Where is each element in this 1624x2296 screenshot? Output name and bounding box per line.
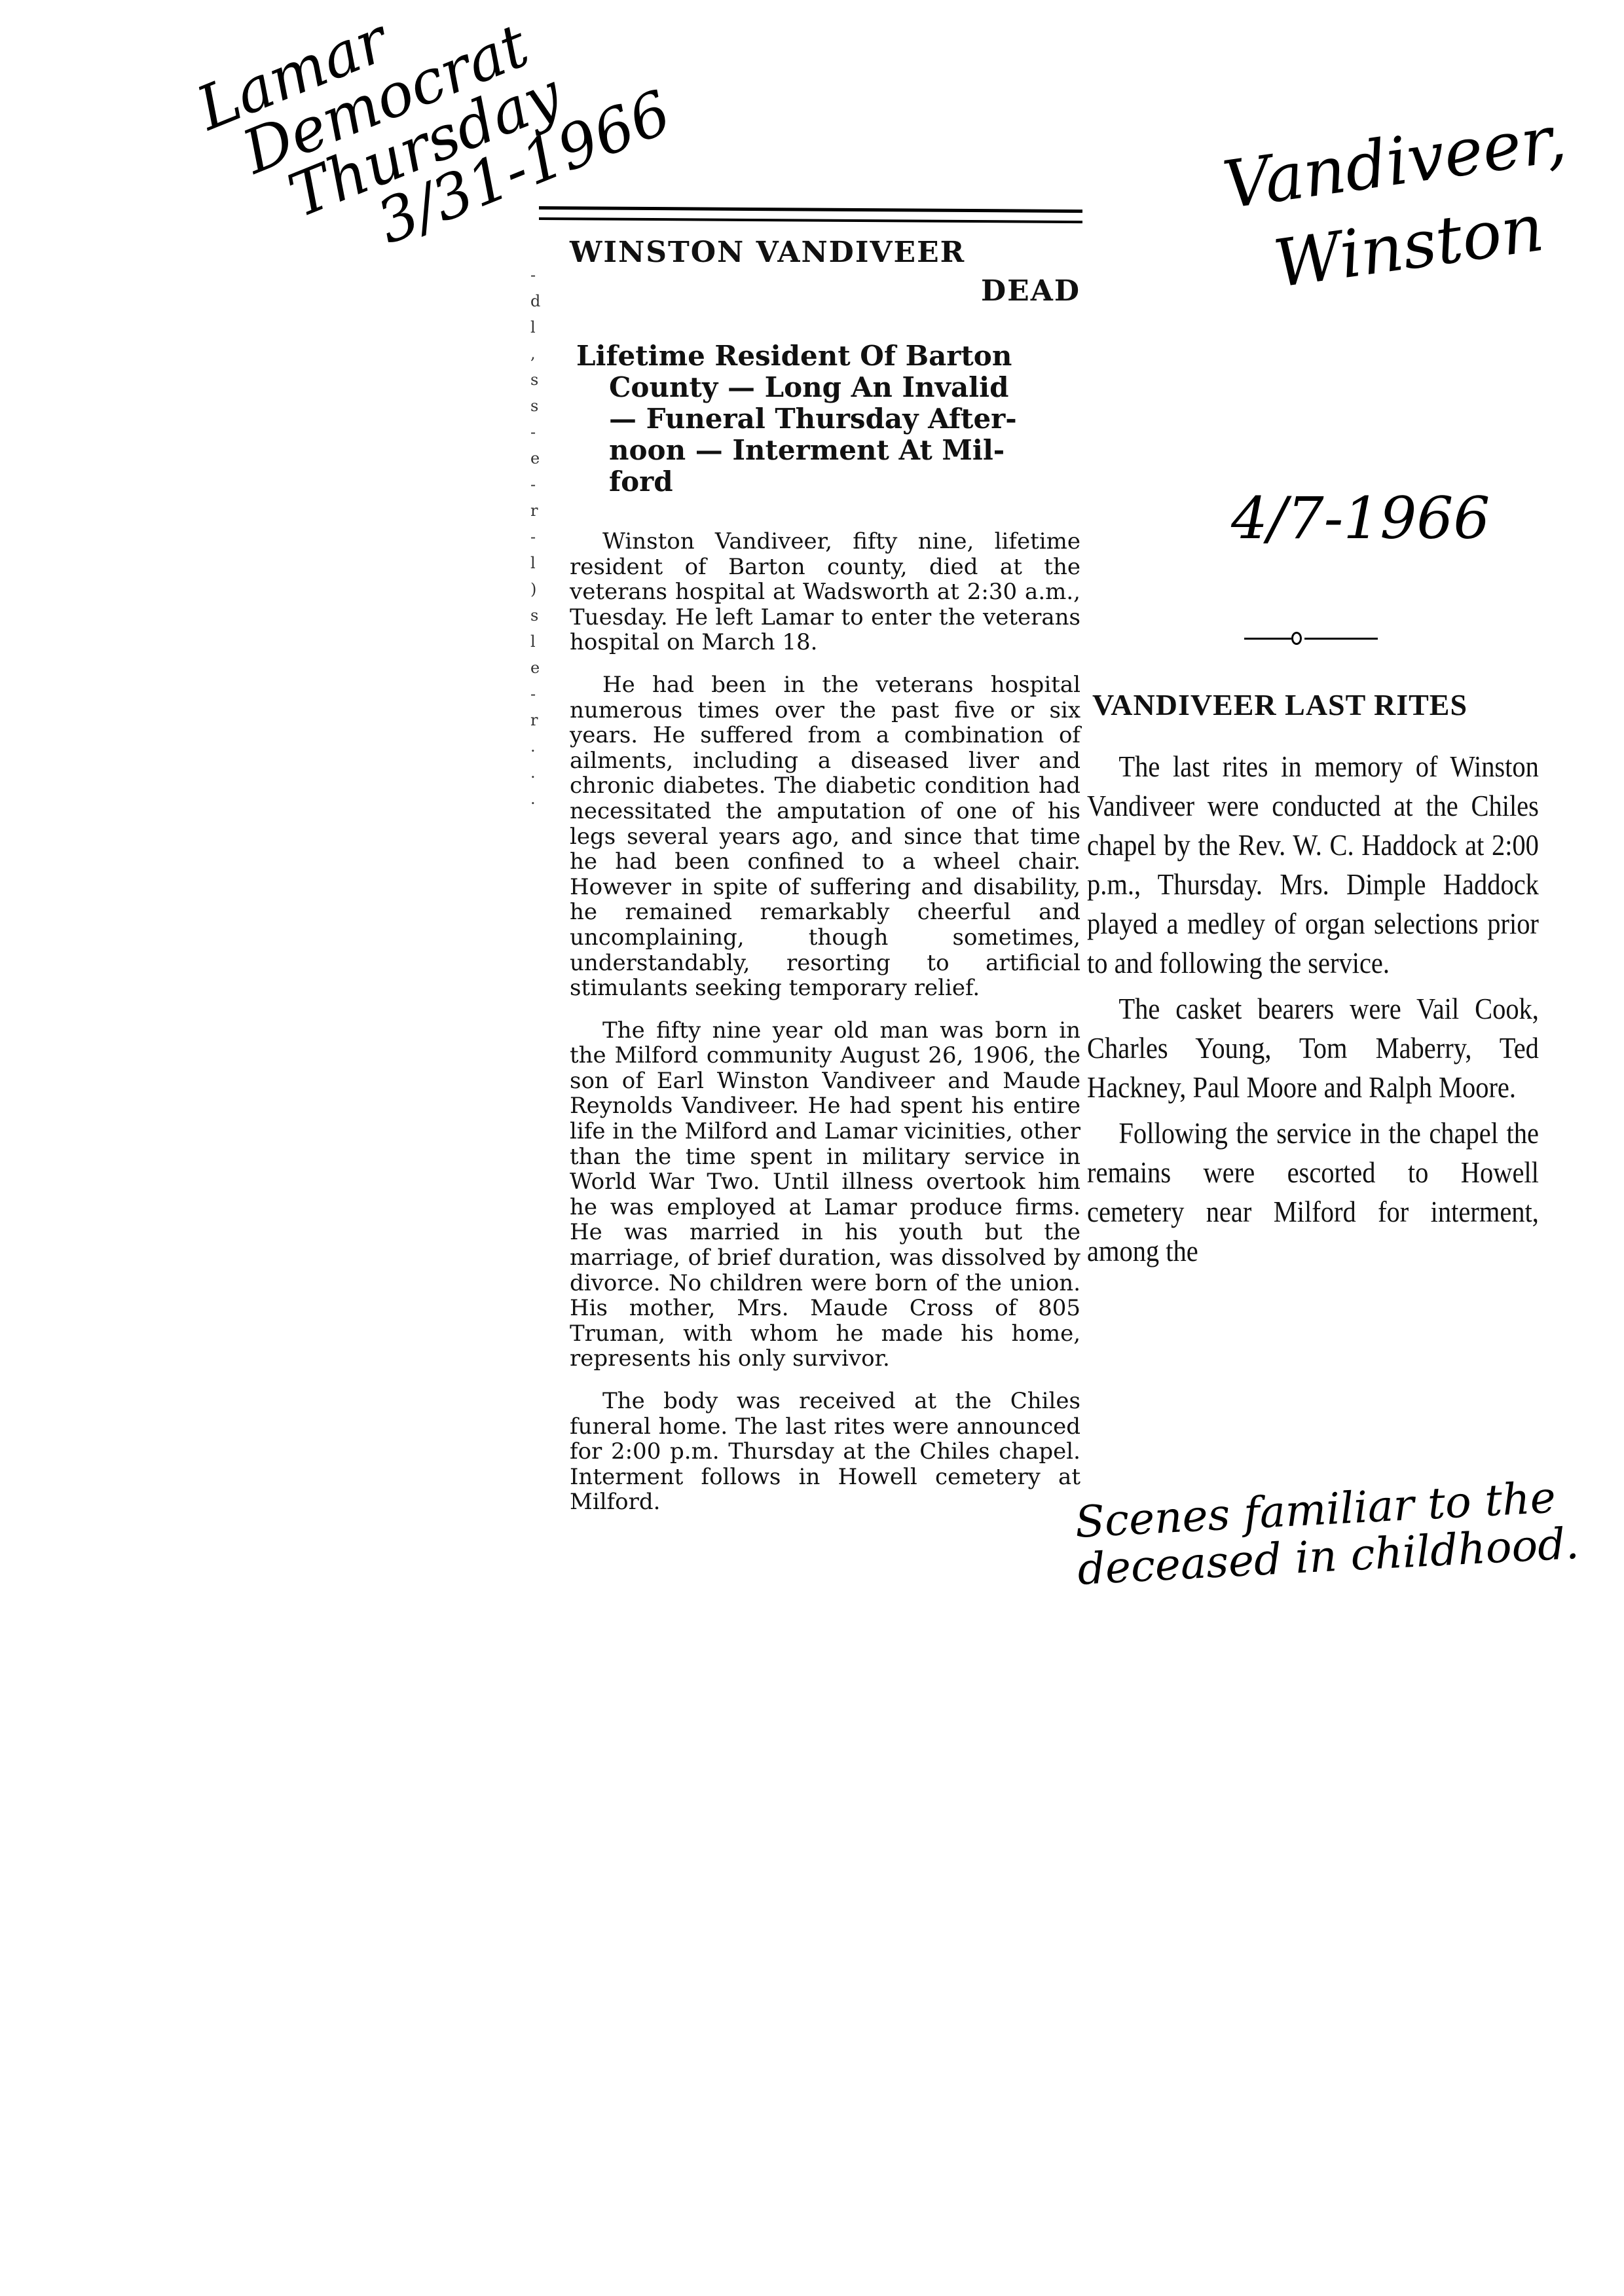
deck-line: Lifetime Resident Of Barton	[576, 340, 1080, 372]
last-rites-paragraph: The last rites in memory of Winston Vand…	[1087, 747, 1539, 983]
gutter-glyph: r	[530, 498, 544, 524]
last-rites-body: The last rites in memory of Winston Vand…	[1087, 747, 1539, 1271]
last-rites-headline: VANDIVEER LAST RITES	[1092, 687, 1539, 722]
gutter-glyph: -	[530, 419, 544, 445]
gutter-glyph: -	[530, 524, 544, 550]
obituary-clipping: WINSTON VANDIVEER DEAD Lifetime Resident…	[550, 236, 1080, 1532]
handwritten-second-date: 4/7-1966	[1231, 484, 1490, 552]
ornament-oval	[1291, 632, 1302, 645]
last-rites-clipping: VANDIVEER LAST RITES The last rites in m…	[1087, 687, 1539, 1277]
obituary-paragraph: The body was received at the Chiles fune…	[570, 1389, 1080, 1515]
gutter-glyph: e	[530, 445, 544, 471]
gutter-glyph: l	[530, 629, 544, 655]
deck-line: — Funeral Thursday After-	[609, 403, 1080, 435]
obituary-headline-dead: DEAD	[550, 274, 1080, 308]
ornament-divider	[1244, 632, 1378, 645]
obituary-deck: Lifetime Resident Of Barton County — Lon…	[576, 340, 1080, 498]
gutter-glyph: .	[530, 759, 544, 786]
gutter-glyph: r	[530, 707, 544, 733]
gutter-glyph: ,	[530, 340, 544, 367]
gutter-glyph: s	[530, 367, 544, 393]
gutter-glyph: e	[530, 655, 544, 681]
gutter-glyph: d	[530, 288, 544, 314]
obituary-headline: WINSTON VANDIVEER	[570, 236, 1080, 269]
header-rule-top	[539, 206, 1082, 213]
ornament-bar-left	[1244, 638, 1291, 640]
gutter-glyph: )	[530, 576, 544, 602]
last-rites-paragraph: The casket bearers were Vail Cook, Charl…	[1087, 989, 1539, 1107]
header-rule-bottom	[539, 217, 1082, 223]
obituary-paragraph: He had been in the veterans hospital num…	[570, 672, 1080, 1001]
gutter-glyph: .	[530, 733, 544, 759]
gutter-glyph: s	[530, 393, 544, 419]
deck-line: ford	[609, 466, 1080, 498]
obituary-body: Winston Vandiveer, fifty nine, lifetime …	[570, 529, 1080, 1515]
deck-line: County — Long An Invalid	[609, 372, 1080, 403]
gutter-glyph: -	[530, 681, 544, 707]
gutter-glyph: l	[530, 314, 544, 340]
handwritten-subject-name: Vandiveer, Winston	[1218, 96, 1583, 313]
ornament-bar-right	[1304, 638, 1378, 640]
gutter-glyph: l	[530, 550, 544, 576]
obituary-paragraph: The fifty nine year old man was born in …	[570, 1018, 1080, 1372]
last-rites-paragraph: Following the service in the chapel the …	[1087, 1114, 1539, 1271]
gutter-glyph: s	[530, 602, 544, 629]
gutter-glyph: .	[530, 786, 544, 812]
gutter-glyph: -	[530, 262, 544, 288]
handwritten-addendum: Scenes familiar to the deceased in child…	[1074, 1473, 1580, 1594]
obituary-paragraph: Winston Vandiveer, fifty nine, lifetime …	[570, 529, 1080, 655]
deck-line: noon — Interment At Mil-	[609, 435, 1080, 466]
adjacent-column-fragments: - d l , s s - e - r - l ) s l e - r . . …	[530, 262, 544, 812]
gutter-glyph: -	[530, 471, 544, 498]
